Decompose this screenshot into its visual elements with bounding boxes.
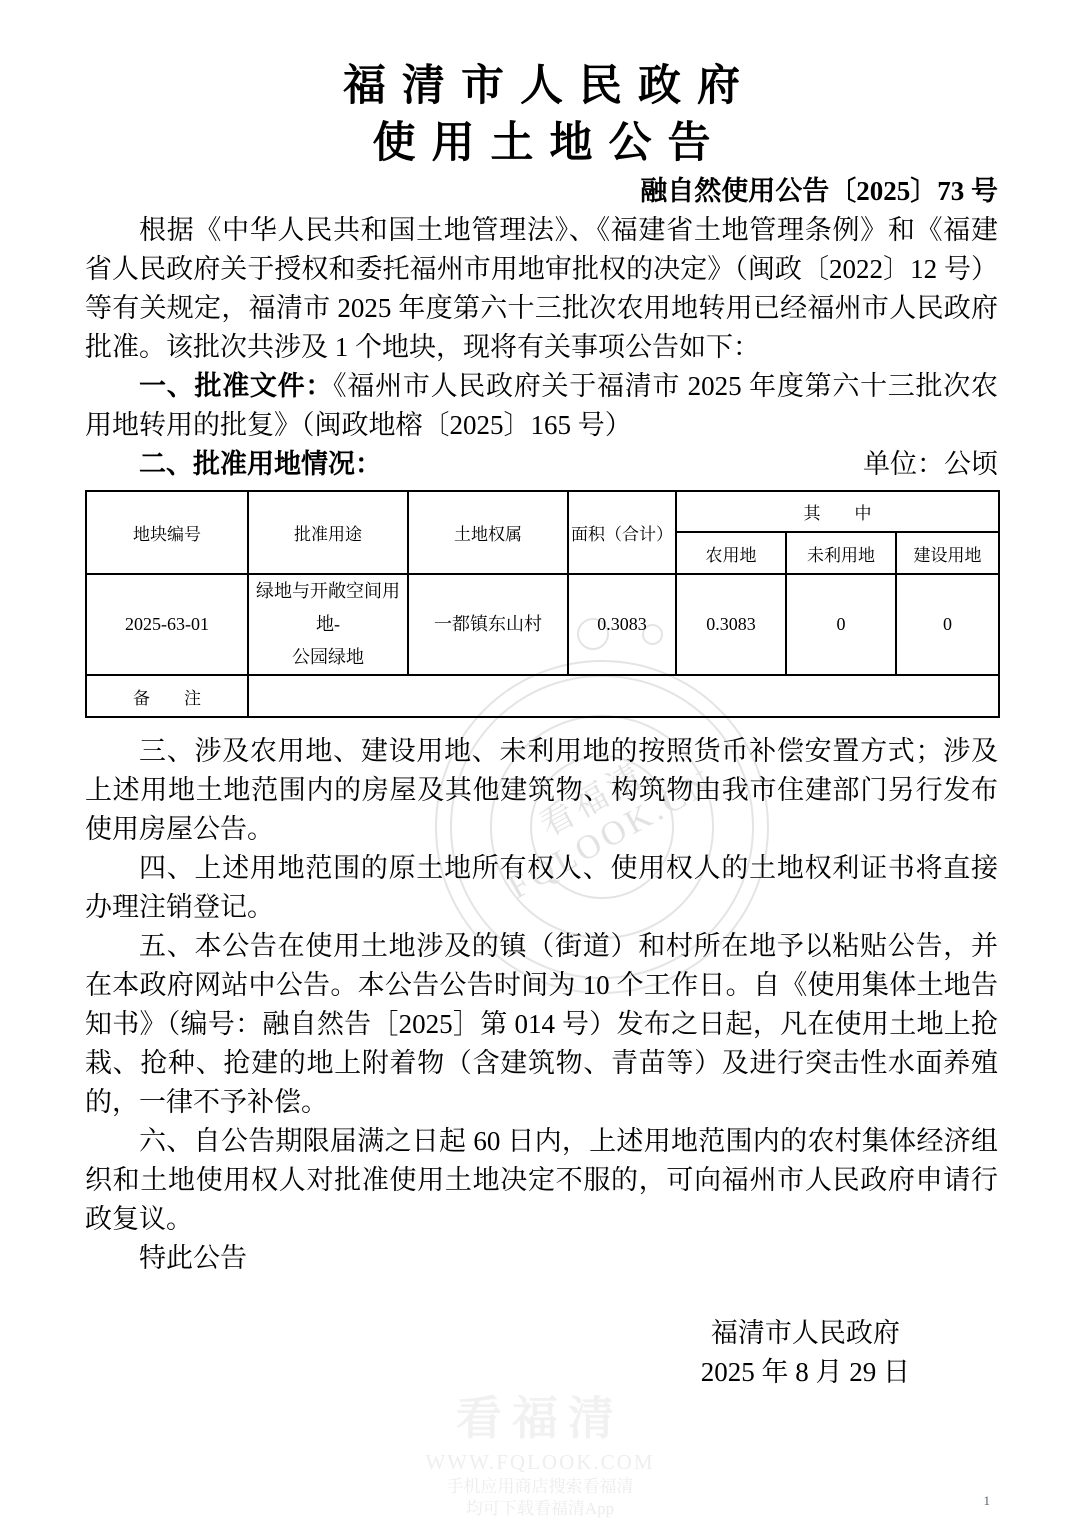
document-content: 福清市人民政府 使用土地公告 融自然使用公告〔2025〕73 号 根据《中华人民…: [0, 0, 1080, 1392]
cell-approved-use: 绿地与开敞空间用地-公园绿地: [248, 574, 408, 675]
cell-unused: 0: [786, 574, 896, 675]
remark-label: 备 注: [86, 675, 248, 717]
cell-area-total: 0.3083: [568, 574, 676, 675]
item6-paragraph: 六、自公告期限届满之日起 60 日内，上述用地范围内的农村集体经济组织和土地使用…: [85, 1122, 998, 1239]
col-header-construction: 建设用地: [896, 532, 999, 574]
col-header-land-ownership: 土地权属: [408, 491, 568, 574]
col-header-plot-id: 地块编号: [86, 491, 248, 574]
page-title-line2: 使用土地公告: [85, 115, 998, 172]
item5-paragraph: 五、本公告在使用土地涉及的镇（街道）和村所在地予以粘贴公告，并在本政府网站中公告…: [85, 927, 998, 1122]
col-header-breakdown: 其 中: [676, 491, 999, 532]
item2-row: 二、批准用地情况： 单位：公顷: [85, 445, 998, 484]
item4-paragraph: 四、上述用地范围的原土地所有权人、使用权人的土地权利证书将直接办理注销登记。: [85, 849, 998, 927]
cell-approved-use-line2: 公园绿地: [292, 647, 364, 667]
item1-label: 一、批准文件：: [139, 371, 333, 401]
footer-watermark: 看福清 WWW.FQLOOK.COM 手机应用商店搜索看福清 均可下载看福清Ap…: [0, 1393, 1080, 1519]
cell-agricultural: 0.3083: [676, 574, 786, 675]
page-title-line1: 福清市人民政府: [85, 58, 998, 115]
page-number: 1: [984, 1493, 991, 1509]
footer-watermark-title: 看福清: [0, 1393, 1080, 1446]
item3-paragraph: 三、涉及农用地、建设用地、未利用地的按照货币补偿安置方式；涉及上述用地土地范围内…: [85, 732, 998, 849]
footer-watermark-line1: 手机应用商店搜索看福清: [0, 1477, 1080, 1497]
item1-paragraph: 一、批准文件：《福州市人民政府关于福清市 2025 年度第六十三批次农用地转用的…: [85, 367, 998, 445]
document-number: 融自然使用公告〔2025〕73 号: [85, 172, 998, 211]
announcement-page: 看福清FQLOOK.CN 福清市人民政府 使用土地公告 融自然使用公告〔2025…: [0, 0, 1080, 1527]
col-header-approved-use: 批准用途: [248, 491, 408, 574]
cell-land-ownership: 一都镇东山村: [408, 574, 568, 675]
signature-date: 2025 年 8 月 29 日: [701, 1353, 910, 1392]
closing-line: 特此公告: [85, 1239, 998, 1278]
cell-approved-use-line1: 绿地与开敞空间用地-: [256, 581, 400, 634]
remark-value-cell: [248, 675, 999, 717]
col-header-area-total: 面积（合计）: [568, 491, 676, 574]
col-header-unused: 未利用地: [786, 532, 896, 574]
table-header-row-1: 地块编号 批准用途 土地权属 面积（合计） 其 中: [86, 491, 999, 532]
approved-land-table: 地块编号 批准用途 土地权属 面积（合计） 其 中 农用地 未利用地 建设用地 …: [85, 490, 1000, 718]
item2-label: 二、批准用地情况：: [85, 445, 382, 484]
signature-issuer: 福清市人民政府: [701, 1314, 910, 1353]
signature-block: 福清市人民政府 2025 年 8 月 29 日: [701, 1314, 910, 1392]
col-header-agricultural: 农用地: [676, 532, 786, 574]
table-row: 2025-63-01 绿地与开敞空间用地-公园绿地 一都镇东山村 0.3083 …: [86, 574, 999, 675]
table-remark-row: 备 注: [86, 675, 999, 717]
unit-note: 单位：公顷: [863, 445, 998, 484]
footer-watermark-url: WWW.FQLOOK.COM: [0, 1450, 1080, 1474]
cell-construction: 0: [896, 574, 999, 675]
footer-watermark-line2: 均可下载看福清App: [0, 1499, 1080, 1519]
intro-paragraph: 根据《中华人民共和国土地管理法》、《福建省土地管理条例》和《福建省人民政府关于授…: [85, 211, 998, 367]
cell-plot-id: 2025-63-01: [86, 574, 248, 675]
